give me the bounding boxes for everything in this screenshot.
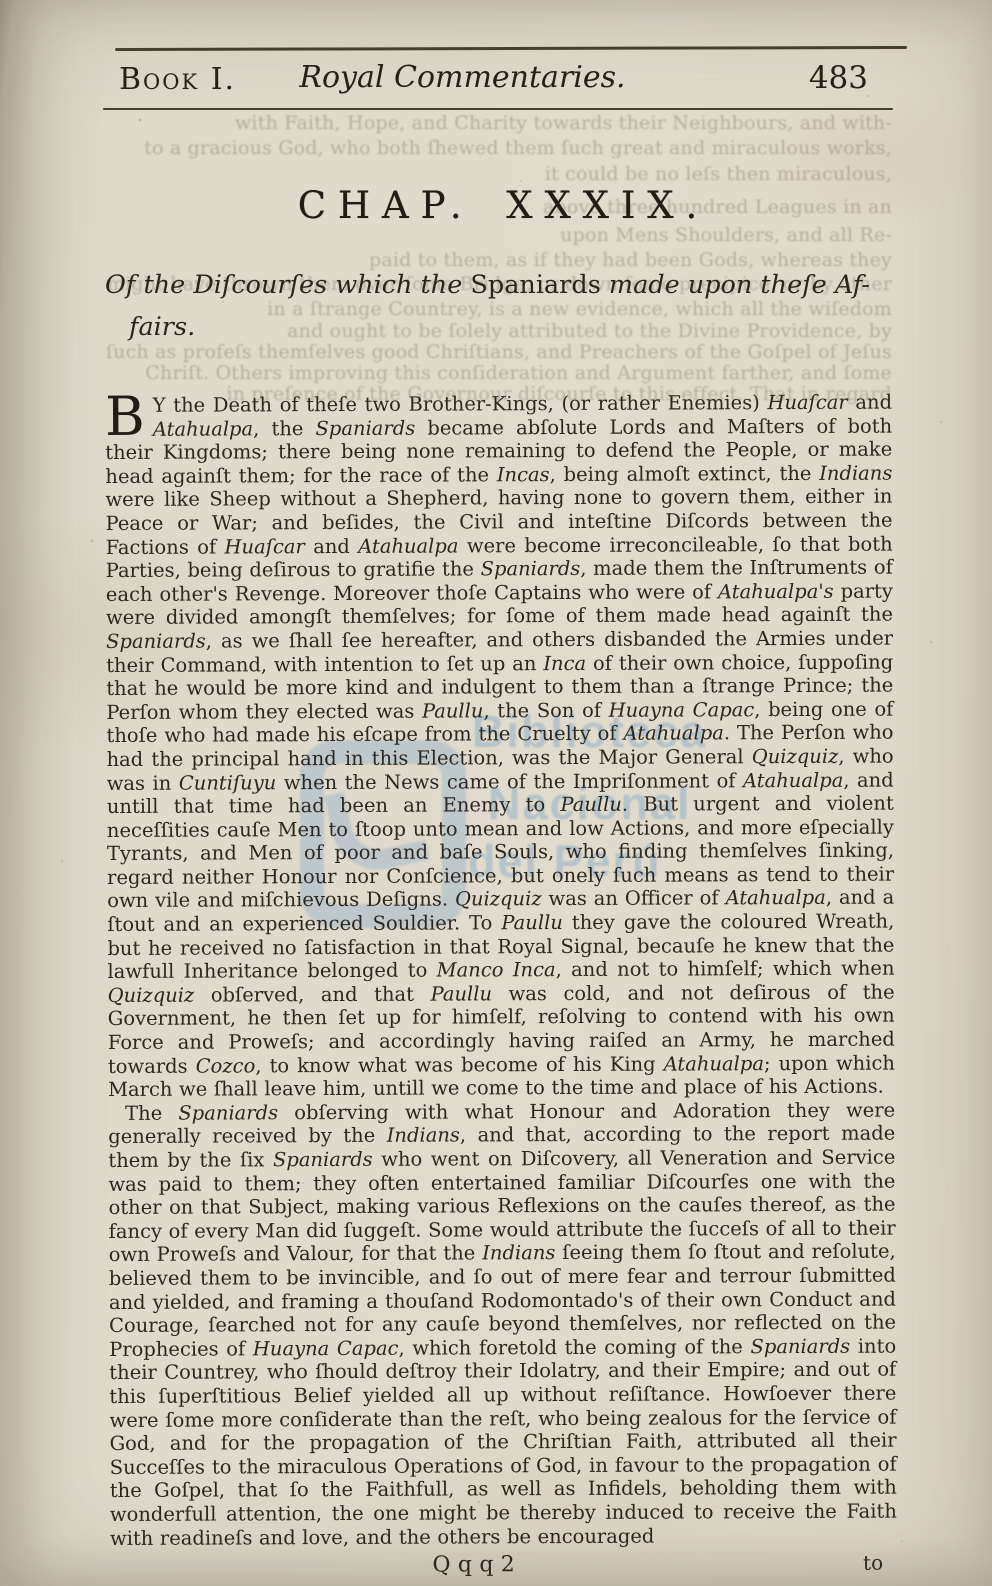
chapter-subtitle-line: Of the Diſcourſes which the Spaniards ma…	[105, 270, 890, 300]
chapter-subtitle: Of the Diſcourſes which the Spaniards ma…	[105, 270, 890, 342]
running-title: Royal Commentaries.	[70, 60, 855, 95]
drop-cap: B	[105, 394, 153, 439]
bleedthrough-line: to a gracious God, who both ſhewed them …	[144, 137, 892, 159]
page-scan: with Faith, Hope, and Charity towards th…	[0, 0, 992, 1586]
page-number: 483	[809, 60, 868, 96]
chapter-subtitle-line: fairs.	[129, 312, 890, 342]
body-paragraph: The Spaniards obſerving with what Honour…	[108, 1098, 897, 1550]
catchword: to	[863, 1552, 883, 1576]
paragraph-text: Y the Death of theſe two Brother-Kings, …	[105, 391, 895, 1102]
bleedthrough-line: ſuch as profeſs themſelves good Chriſtia…	[106, 341, 892, 363]
body-paragraph: BY the Death of theſe two Brother-Kings,…	[105, 391, 895, 1102]
paragraph-text: The Spaniards obſerving with what Honour…	[108, 1098, 897, 1549]
body-text: BY the Death of theſe two Brother-Kings,…	[105, 391, 897, 1586]
bleedthrough-line: paid to them, as if they had been Gods, …	[369, 249, 892, 271]
header-rule-top	[115, 46, 907, 51]
bleedthrough-line: upon Mens Shoulders, and all Re-	[560, 224, 892, 246]
signature-mark: Q q q 2	[80, 1552, 867, 1579]
bleedthrough-line: Chriſt. Others improving this conſiderat…	[145, 362, 892, 384]
signature-row: Q q q 2 to	[110, 1552, 897, 1585]
bleedthrough-line: with Faith, Hope, and Charity towards th…	[235, 112, 892, 134]
header-rule-bottom	[103, 108, 893, 110]
chapter-heading: CHAP. XXXIX.	[105, 184, 890, 227]
bleedthrough-line: it could be no leſs then miraculous,	[545, 163, 892, 185]
